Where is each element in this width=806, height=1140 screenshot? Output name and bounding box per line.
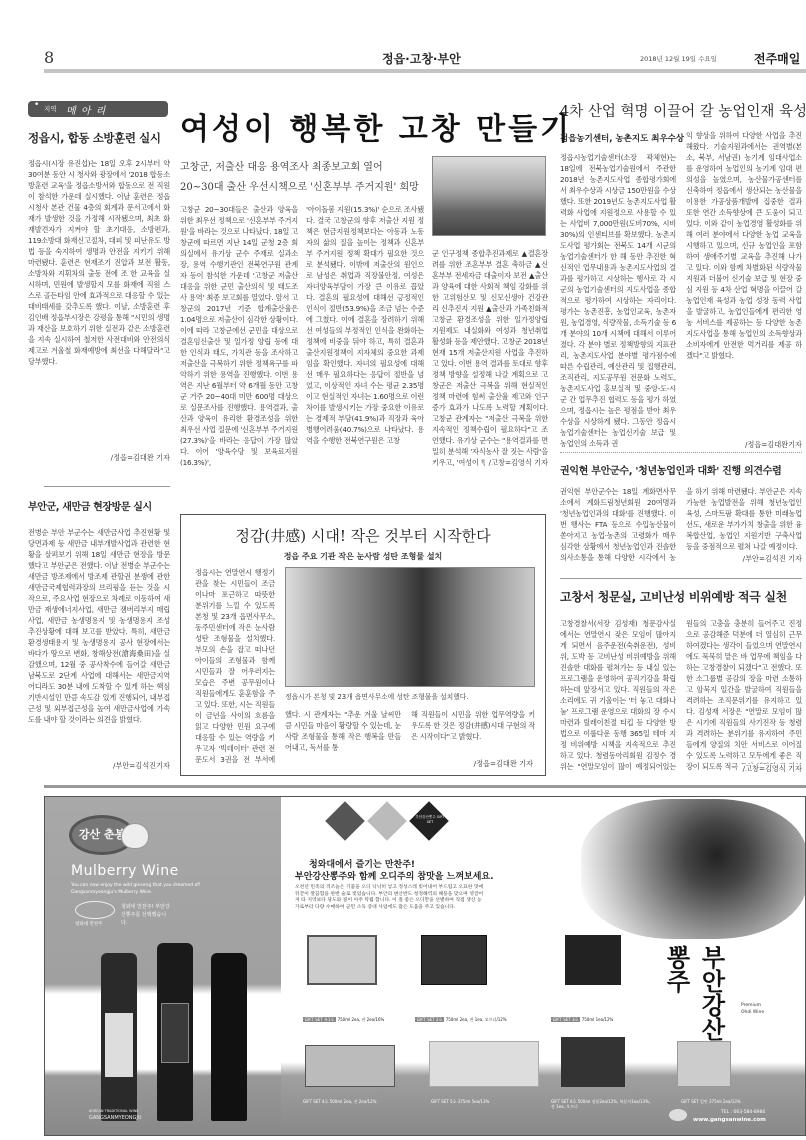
gift-set-row2-1: GIFT SET 4호 500ml 2ea, 잔 2ea/12% [303, 1099, 376, 1105]
article-body-col2: 원들의 고충을 충분히 들어주고 진정으로 공감해준 덕분에 더 열심히 근무하… [686, 618, 802, 772]
footer-brand-small: KOREAN TRADITIONAL WINE [89, 1109, 139, 1113]
berry-diamond-2 [367, 801, 407, 841]
byline: /정읍=김대완 기자 [474, 759, 533, 769]
byline: /정읍=김대완 기자 [107, 453, 170, 463]
ad-tagline-2: Gangsanmyeongju's Mulberry Wine. [71, 890, 152, 895]
ad-tel: TEL : 063-584-8980 [721, 1110, 765, 1115]
ad-tagline-1: You can now enjoy the wild ginseng that … [71, 883, 201, 888]
article-body-col3: 군 인구정책 종합추진과제로 ▲결혼장려를 위한 조혼부부 결혼 축하금 ▲신혼… [432, 248, 548, 468]
article-gochang-women: 여성이 행복한 고창 만들기 고창군, 저출산 대응 용역조사 최종보고회 열어… [180, 98, 552, 488]
article-body-col2: '아이돌봄 지원(15.3%)' 순으로 조사됐다. 결국 고창군의 향후 저출… [306, 204, 424, 468]
premium-label-2: Ohdi Wine [741, 1010, 764, 1015]
gift-set-row1-3: GIFT SET 3호 750ml 1ea/12% [551, 1017, 613, 1023]
column-tag: • 지역 메 아 리 [28, 101, 168, 117]
gift-set-badge: GIFT SET 3호 [551, 1017, 580, 1022]
gift-badge-label: 부안강산뽕주 GIFT SET [413, 815, 447, 825]
issue-date: 2018년 12월 19일 수요일 [640, 54, 717, 63]
gift-set-row2-3: GIFT SET 6호 500ml 장품2ea/12%, 복분자1ea/13%,… [551, 1099, 651, 1109]
gift-box-4 [305, 1045, 395, 1087]
gift-set-spec: 750ml 2ea, 잔 2ea/16% [338, 1017, 385, 1022]
article-title: 정읍시, 합동 소방훈련 실시 [28, 130, 170, 146]
bluehouse-label: 청와대 만찬주 [75, 921, 103, 927]
footer-brand: GANGSANMYEONGJU [89, 1115, 142, 1121]
article-body-col1: 고창경찰서(서장 김성재) 청문감사실에서는 연말연시 잦은 모임이 많아지게 … [560, 618, 676, 772]
mascot-icon [121, 823, 149, 849]
gift-set-spec: 750ml 1ea/12% [582, 1017, 614, 1022]
bottle-2 [157, 943, 193, 1121]
article-body-col1: 정읍시는 연말연시 행정기관을 찾는 시민들이 조금이나마 포근하고 따뜻한 분… [195, 567, 275, 765]
ad-description: 오천년 민족의 격조높은 기품을 오디 넉넉히 넣고 정성스레 빚어내어 부드럽… [295, 885, 485, 911]
subtitle-1: 고창군, 저출산 대응 용역조사 최종보고회 열어 [180, 158, 383, 173]
ad-left-panel: 강산 춘봉 Mulberry Wine You can now enjoy th… [45, 797, 281, 1136]
gift-set-badge: GIFT SET 4호 [303, 1099, 328, 1104]
ad-headline-en: Mulberry Wine [71, 863, 179, 879]
gift-set-row2-4: GIFT SET 일반 375ml 2ea/13% [681, 1099, 741, 1105]
premium-label-1: Premium [741, 1003, 761, 1008]
section-title: 정읍·고창·부안 [382, 50, 461, 67]
bullet-icon: • [34, 100, 39, 110]
column-tag-label: 메 아 리 [66, 102, 106, 117]
box-headline: 정감(井感) 시대! 작은 것부터 시작한다 [181, 525, 545, 546]
paper-name: 전주매일 [754, 50, 800, 67]
article-headline: 권익현 부안군수, '청년농업인과 대화' 진행 의견수렴 [560, 462, 782, 477]
gift-set-row1-1: GIFT SET 특1호 750ml 2ea, 잔 2ea/16% [303, 1017, 384, 1023]
article-saemangeum: 부안군, 새만금 현장방문 실시 전병순 부안 부군수는 새만금사업 추진현황 … [28, 498, 170, 771]
article-body-col1: 권익현 부안군수는 18일 계화면사무소에서 계화드림청년회원 20여명과 '청… [560, 486, 676, 564]
gift-box-6 [561, 1037, 625, 1087]
article-body-col3: 해 직원들이 시민을 위한 업무역량을 키우도록 한 것은 정감(井感)시대 구… [411, 709, 535, 753]
gift-set-badge: GIFT SET 2호 [415, 1017, 444, 1022]
bottle-1 [101, 953, 137, 1121]
article-body-col1: 정읍시농업기술센터(소장 곽체현)는 18일에 전북농업기술원에서 주관한 20… [560, 152, 676, 448]
byline: /부안=김석진 기자 [743, 554, 802, 564]
article-body-col2: 했다. 시 관계자는 "추운 겨울 날씨만큼 시민들 마음이 황량할 수 있는데… [285, 709, 401, 763]
bluehouse-text: 청와대 만찬주! 부안강산뽕주를 선택했습니다. [121, 903, 171, 927]
byline: /정읍=김대완기자 [745, 440, 802, 450]
article-headline: 고창서 청문실, 고비난성 비위예방 적극 실천 [560, 588, 787, 605]
gift-set-badge: GIFT SET 일반 [681, 1099, 708, 1104]
article-body: 정읍시(시장 유진섭)는 18일 오후 2시부터 약 30여분 동안 시 청사와… [28, 158, 170, 464]
gift-set-spec: 375ml 2ea/13% [709, 1099, 741, 1104]
main-headline: 여성이 행복한 고창 만들기 [180, 104, 572, 148]
box-subtitle: 정읍 주요 기관 작은 눈사람 성탄 조형물 설치 [181, 551, 545, 562]
brand-calligraphy: 부안강산 뽕주 [659, 945, 729, 1045]
gift-box-5 [429, 1041, 539, 1087]
byline: /고창=김영식 기자 [739, 764, 802, 774]
berry-diamond-1 [325, 801, 365, 841]
advertisement[interactable]: 강산 춘봉 Mulberry Wine You can now enjoy th… [44, 796, 806, 1136]
ad-middle-panel: 부안강산뽕주 GIFT SET 청와대에서 즐기는 만찬주! 부안강산뽕주와 함… [281, 797, 806, 1136]
gift-set-row1-2: GIFT SET 2호 750ml 2ea, 잔 1ea, 오프너/12% [415, 1017, 507, 1023]
article-youth-farmers: 권익현 부안군수, '청년농업인과 대화' 진행 의견수렴 권익현 부안군수는 … [560, 462, 802, 572]
divider [560, 578, 802, 579]
article-title: 부안군, 새만금 현장방문 실시 [28, 498, 170, 513]
snowman-photo [285, 567, 535, 687]
gift-set-spec: 375ml 5ea/13% [458, 1099, 490, 1104]
article-subtitle: 정읍농기센터, 농촌지도 최우수상 [560, 132, 684, 144]
byline: /고창=김영식 기자 [485, 458, 548, 468]
article-farming-4th: 4차 산업 혁명 이끌어 갈 농업인재 육성 정읍농기센터, 농촌지도 최우수상… [560, 98, 802, 448]
gift-box-7 [677, 1041, 731, 1087]
ad-main-headline-2: 부안강산뽕주와 함께 오디주의 참맛을 느껴보세요. [295, 869, 494, 882]
gift-box-2 [421, 935, 487, 985]
gift-set-spec: 500ml 2ea, 잔 2ea/12% [330, 1099, 377, 1104]
article-body: 전병순 부안 부군수는 새만금사업 추진현황 및 당면과제 등 새만금 내부개발… [28, 527, 170, 759]
page-header: 8 정읍·고창·부안 2018년 12월 19일 수요일 전주매일 [44, 48, 806, 70]
article-body-col1: 고창군 20~30대들은 출산과 양육을 위한 최우선 정책으로 '신혼부부 주… [180, 204, 298, 468]
article-fire-drill: 정읍시, 합동 소방훈련 실시 정읍시(시장 유진섭)는 18일 오후 2시부터… [28, 130, 170, 464]
subtitle-2: 20~30대 출산 우선시책으로 '신혼부부 주거지원' 희망 [180, 178, 419, 193]
ad-website[interactable]: www.gangsanwine.com [693, 1117, 766, 1123]
ad-top-rule [44, 785, 806, 788]
column-tag-prefix: 지역 [44, 104, 57, 113]
article-body-col2: 을 하기 위해 마련됐다. 부안군은 지속가능한 농업발전을 위해 청년농업인 … [686, 486, 802, 552]
brand-logo-text: 강산 춘봉 [79, 828, 125, 841]
byline: /부안=김석진기자 [28, 761, 170, 771]
gift-set-badge: GIFT SET 특1호 [303, 1017, 336, 1022]
header-rule [44, 69, 806, 73]
dotted-divider [560, 452, 802, 453]
gift-box-3 [565, 935, 621, 985]
article-body-col2: 익 향상을 위하여 다양한 사업을 추진해왔다. 기술지원과에서는 권역별(본소… [686, 130, 802, 438]
divider [44, 486, 170, 487]
gift-set-spec: 750ml 2ea, 잔 1ea, 오프너/12% [446, 1017, 507, 1022]
company-logo-icon [669, 1109, 687, 1121]
gift-set-badge: GIFT SET 5호 [431, 1099, 456, 1104]
bottle-3 [211, 953, 247, 1121]
article-police-ethics: 고창서 청문실, 고비난성 비위예방 적극 실천 고창경찰서(서장 김성재) 청… [560, 588, 802, 780]
gift-box-1 [307, 935, 377, 985]
article-snowman-box: 정감(井感) 시대! 작은 것부터 시작한다 정읍 주요 기관 작은 눈사람 성… [180, 514, 546, 776]
bluehouse-emblem-icon [75, 901, 115, 919]
gift-set-row2-2: GIFT SET 5호 375ml 5ea/13% [431, 1099, 489, 1105]
article-headline: 4차 산업 혁명 이끌어 갈 농업인재 육성 [560, 100, 806, 121]
meeting-photo [432, 156, 546, 236]
photo-caption: 정읍시가 본청 및 23개 읍면사무소에 성탄 조형물을 설치했다. [285, 691, 535, 701]
berries-image [581, 799, 806, 939]
page-number: 8 [44, 48, 54, 67]
